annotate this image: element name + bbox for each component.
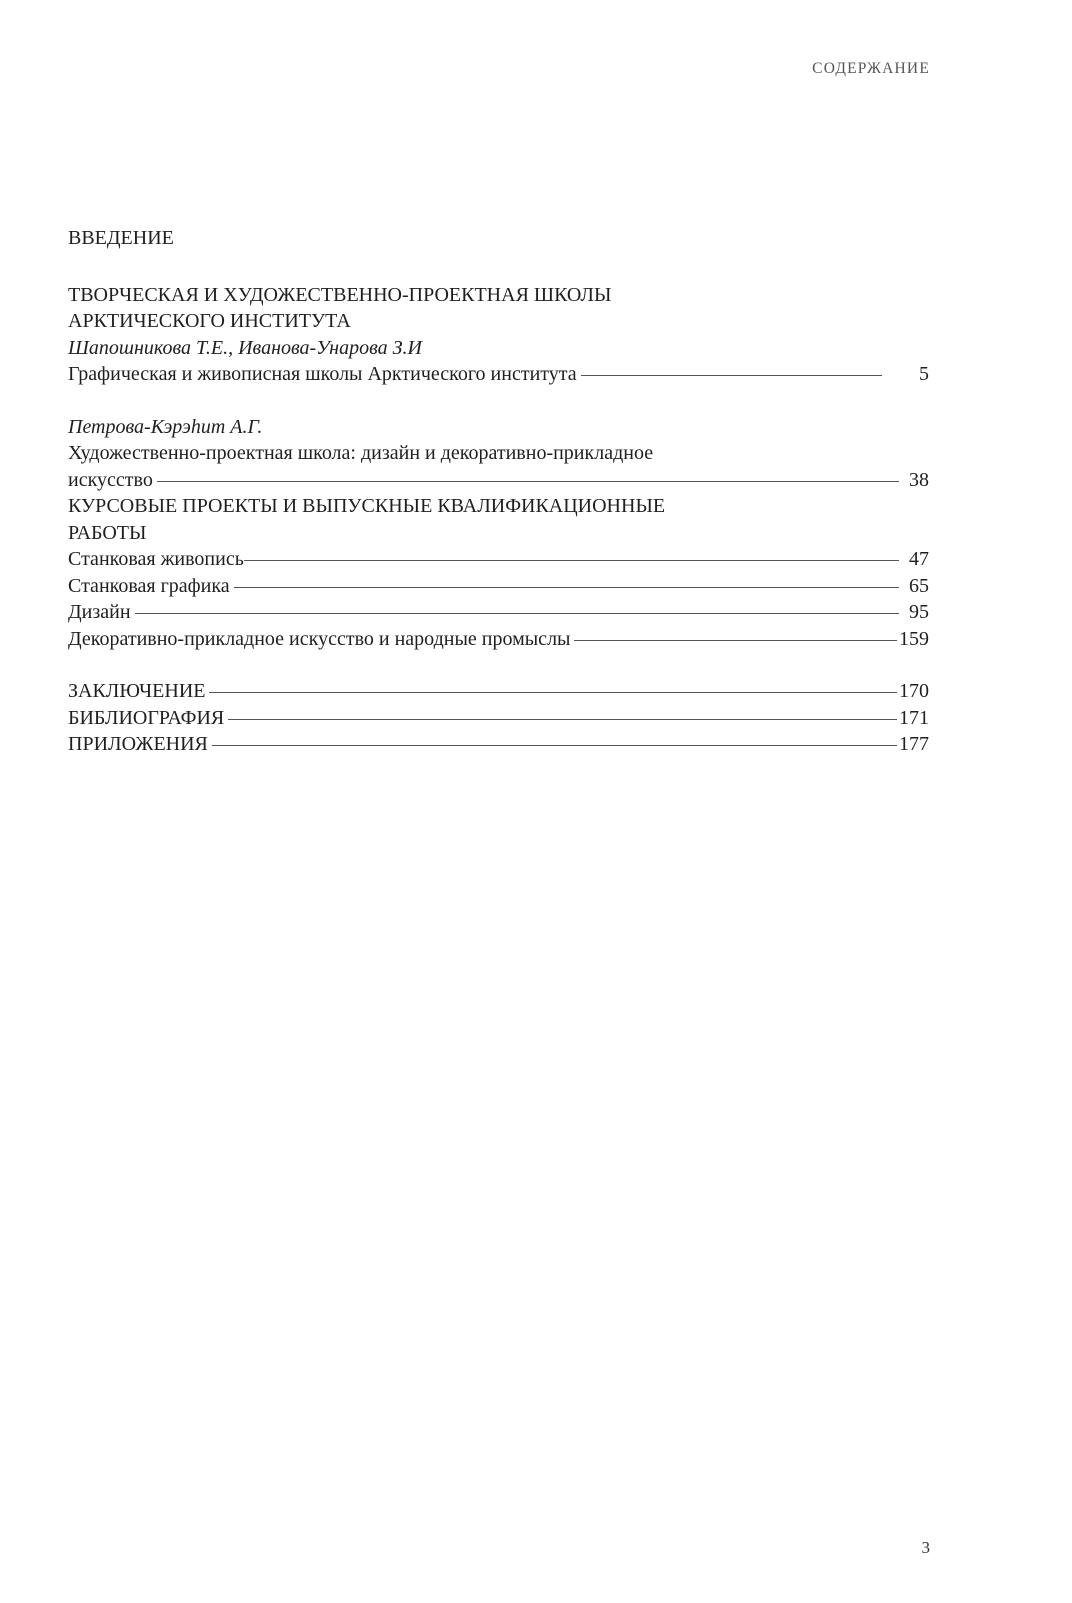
leader-line xyxy=(228,719,897,720)
leader-line xyxy=(157,481,899,482)
entry-title-cont: искусство xyxy=(68,467,153,494)
toc-entry-bibliography[interactable]: БИБЛИОГРАФИЯ 171 xyxy=(68,705,929,732)
toc-introduction[interactable]: ВВЕДЕНИЕ xyxy=(68,225,929,252)
toc-entry[interactable]: Станковая живопись 47 xyxy=(68,546,929,573)
table-of-contents: ВВЕДЕНИЕ ТВОРЧЕСКАЯ И ХУДОЖЕСТВЕННО-ПРОЕ… xyxy=(68,225,929,758)
leader-line xyxy=(244,560,899,561)
running-head: СОДЕРЖАНИЕ xyxy=(812,60,930,78)
leader-line xyxy=(574,640,897,641)
leader-line xyxy=(581,375,882,376)
entry-title: Графическая и живописная школы Арктическ… xyxy=(68,361,577,388)
toc-entry-appendices[interactable]: ПРИЛОЖЕНИЯ 177 xyxy=(68,731,929,758)
toc-entry[interactable]: Графическая и живописная школы Арктическ… xyxy=(68,361,929,388)
entry-title: Станковая графика xyxy=(68,573,230,600)
entry-page: 171 xyxy=(899,705,929,732)
entry-authors: Петрова-Кэрэhит А.Г. xyxy=(68,414,929,441)
leader-line xyxy=(209,692,897,693)
section-title: РАБОТЫ xyxy=(68,520,929,547)
entry-title: ЗАКЛЮЧЕНИЕ xyxy=(68,678,205,705)
section-title: ТВОРЧЕСКАЯ И ХУДОЖЕСТВЕННО-ПРОЕКТНАЯ ШКО… xyxy=(68,282,929,309)
entry-page: 47 xyxy=(907,546,929,573)
entry-page: 159 xyxy=(899,626,929,653)
entry-page: 177 xyxy=(899,731,929,758)
entry-page: 65 xyxy=(907,573,929,600)
section-title: АРКТИЧЕСКОГО ИНСТИТУТА xyxy=(68,308,929,335)
entry-page: 5 xyxy=(907,361,929,388)
toc-entry[interactable]: Дизайн 95 xyxy=(68,599,929,626)
entry-title: Дизайн xyxy=(68,599,131,626)
entry-page: 170 xyxy=(899,678,929,705)
leader-line xyxy=(212,745,897,746)
leader-line xyxy=(135,613,899,614)
entry-page: 38 xyxy=(907,467,929,494)
entry-page: 95 xyxy=(907,599,929,626)
entry-title: БИБЛИОГРАФИЯ xyxy=(68,705,224,732)
toc-entry[interactable]: Декоративно-прикладное искусство и народ… xyxy=(68,626,929,653)
entry-authors: Шапошникова Т.Е., Иванова-Унарова З.И xyxy=(68,335,929,362)
entry-title: ПРИЛОЖЕНИЯ xyxy=(68,731,208,758)
page-number: 3 xyxy=(922,1538,931,1558)
entry-title: Декоративно-прикладное искусство и народ… xyxy=(68,626,570,653)
entry-title[interactable]: Художественно-проектная школа: дизайн и … xyxy=(68,440,929,467)
toc-entry[interactable]: искусство 38 xyxy=(68,467,929,494)
entry-title: Станковая живопись xyxy=(68,546,244,573)
toc-entry[interactable]: Станковая графика 65 xyxy=(68,573,929,600)
section-title: КУРСОВЫЕ ПРОЕКТЫ И ВЫПУСКНЫЕ КВАЛИФИКАЦИ… xyxy=(68,493,929,520)
leader-line xyxy=(234,587,899,588)
toc-entry-conclusion[interactable]: ЗАКЛЮЧЕНИЕ 170 xyxy=(68,678,929,705)
